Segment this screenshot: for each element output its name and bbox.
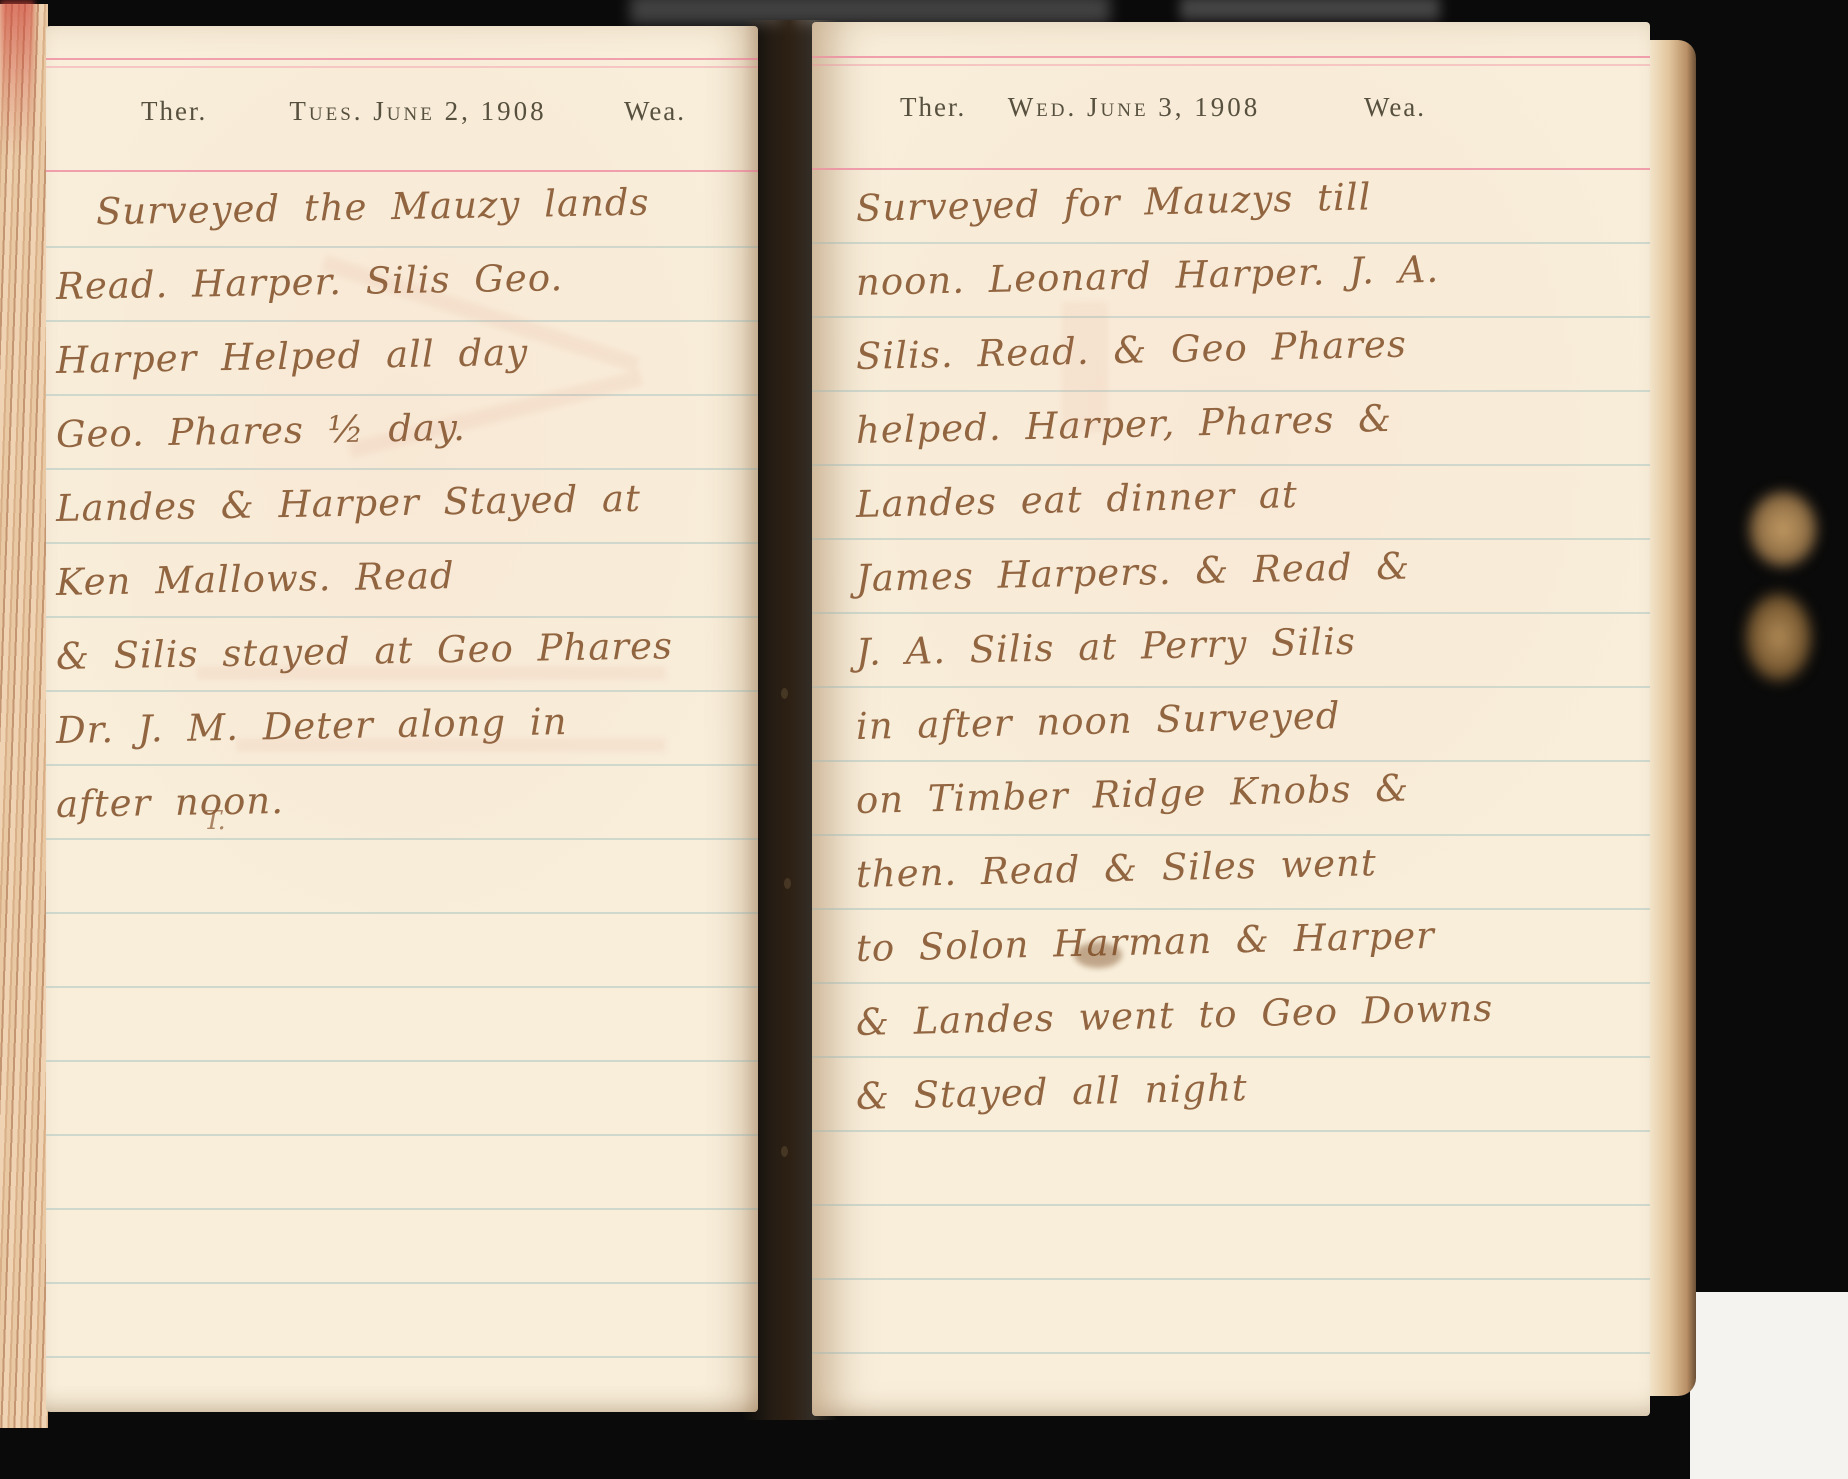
binding-stitch-dot [781, 1146, 788, 1157]
diary-page-left: Ther. Tues. June 2, 1908 Wea. Surveyed t… [46, 26, 758, 1412]
pink-rule [46, 58, 758, 60]
diary-line: Read. Harper. Silis Geo. [55, 238, 752, 324]
binding-stitch-dot [781, 688, 788, 699]
book-page-edges-right [1650, 40, 1696, 1396]
page-header: Ther. Tues. June 2, 1908 Wea. [46, 90, 758, 132]
pink-rule [46, 66, 758, 68]
stray-ink-mark: T. [204, 806, 226, 836]
diary-line: Geo. Phares ½ day. [55, 386, 752, 472]
diary-line: Dr. J. M. Deter along in [55, 682, 752, 768]
ther-label: Ther. [141, 90, 207, 132]
wea-label: Wea. [624, 90, 686, 132]
book-page-edges-left [0, 4, 48, 1428]
diary-line: Ken Mallows. Read [55, 534, 752, 620]
diary-photo: Ther. Tues. June 2, 1908 Wea. Surveyed t… [0, 0, 1848, 1479]
diary-page-right: Ther. Wed. June 3, 1908 Wea. Surveyed fo… [812, 22, 1650, 1416]
date-heading: Wed. June 3, 1908 [1008, 86, 1261, 128]
pink-rule [812, 64, 1650, 66]
red-edge-stain [0, 0, 34, 160]
diary-line: & Silis stayed at Geo Phares [55, 608, 752, 694]
page-header: Ther. Wed. June 3, 1908 Wea. [812, 86, 1650, 128]
diary-line: Harper Helped all day [55, 312, 752, 398]
handwriting-block: Surveyed the Mauzy lands Read. Harper. S… [56, 176, 752, 842]
ther-label: Ther. [900, 86, 966, 128]
doorknob-blur-shape [1728, 468, 1838, 703]
date-heading: Tues. June 2, 1908 [289, 90, 546, 132]
binding-stitch-dot [784, 878, 791, 889]
diary-line: Surveyed the Mauzy lands [55, 164, 752, 250]
pink-rule [812, 56, 1650, 58]
ink-smudge [1074, 942, 1122, 968]
diary-line: after noon. [55, 756, 752, 842]
photo-corner-white [1690, 1292, 1848, 1479]
wea-label: Wea. [1364, 86, 1426, 128]
handwriting-block: Surveyed for Mauzys till noon. Leonard H… [856, 172, 1644, 1134]
background-blur-shape [1180, 0, 1440, 20]
diary-line: Landes & Harper Stayed at [55, 460, 752, 546]
background-blur-shape [630, 0, 1110, 24]
